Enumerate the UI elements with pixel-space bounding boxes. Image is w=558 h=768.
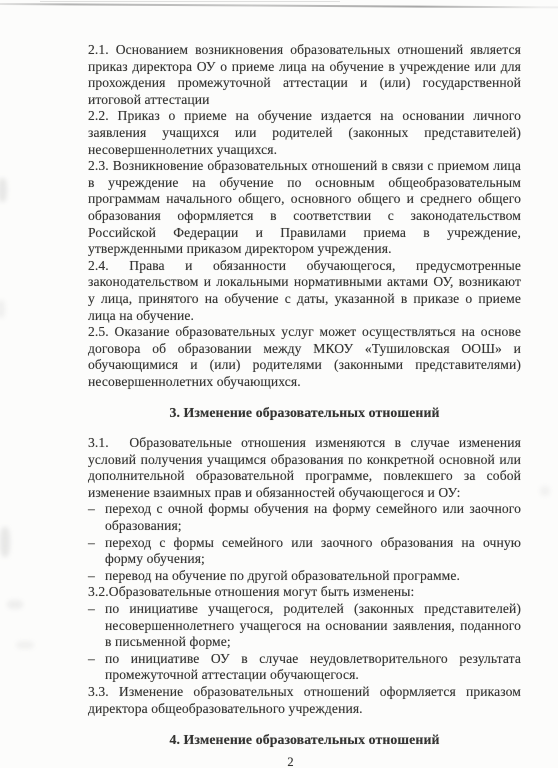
list-item: – переход с очной формы обучения на форм…: [88, 501, 521, 534]
list-item: – переход с формы семейного или заочного…: [88, 535, 521, 568]
scan-top-edge-line: [0, 3, 558, 8]
paragraph-2-1: 2.1. Основанием возникновения образовате…: [88, 42, 521, 108]
paragraph-2-4: 2.4. Права и обязанности обучающегося, п…: [88, 258, 521, 324]
list-item: – по инициативе ОУ в случае неудовлетвор…: [88, 651, 521, 684]
paragraph-2-5: 2.5. Оказание образовательных услуг може…: [88, 324, 521, 390]
paragraph-3-3: 3.3. Изменение образовательных отношений…: [88, 684, 521, 717]
scan-smudge: [0, 178, 7, 202]
paragraph-3-1: 3.1. Образовательные отношения изменяютс…: [88, 435, 521, 501]
paragraph-2-3: 2.3. Возникновение образовательных отнош…: [88, 158, 521, 258]
scan-smudge: [16, 641, 34, 649]
list-item-text: по инициативе ОУ в случае неудовлетворит…: [105, 651, 521, 684]
list-item: – по инициативе учащегося, родителей (за…: [88, 601, 521, 651]
section-3-heading: 3. Изменение образовательных отношений: [88, 405, 521, 422]
scan-smudge: [0, 527, 10, 557]
list-item: – перевод на обучение по другой образова…: [88, 568, 521, 585]
paragraph-2-2: 2.2. Приказ о приеме на обучение издаетс…: [88, 108, 521, 158]
page-number: 2: [88, 754, 521, 768]
scan-smudge: [7, 600, 23, 609]
dash-marker: –: [88, 601, 105, 651]
list-item-text: переход с формы семейного или заочного о…: [105, 535, 521, 568]
dash-marker: –: [88, 568, 105, 585]
dash-marker: –: [88, 651, 105, 684]
document-body: 2.1. Основанием возникновения образовате…: [88, 42, 521, 768]
list-item-text: перевод на обучение по другой образовате…: [105, 568, 521, 585]
dash-marker: –: [88, 501, 105, 534]
list-item-text: по инициативе учащегося, родителей (зако…: [105, 601, 521, 651]
scan-smudge: [0, 300, 5, 318]
scan-top-edge-line-secondary: [40, 1, 340, 2]
list-item-text: переход с очной формы обучения на форму …: [105, 501, 521, 534]
dash-marker: –: [88, 535, 105, 568]
paragraph-3-2: 3.2.Образовательные отношения могут быть…: [88, 584, 521, 601]
section-4-heading: 4. Изменение образовательных отношений: [88, 732, 521, 749]
scan-smudge: [540, 486, 550, 496]
